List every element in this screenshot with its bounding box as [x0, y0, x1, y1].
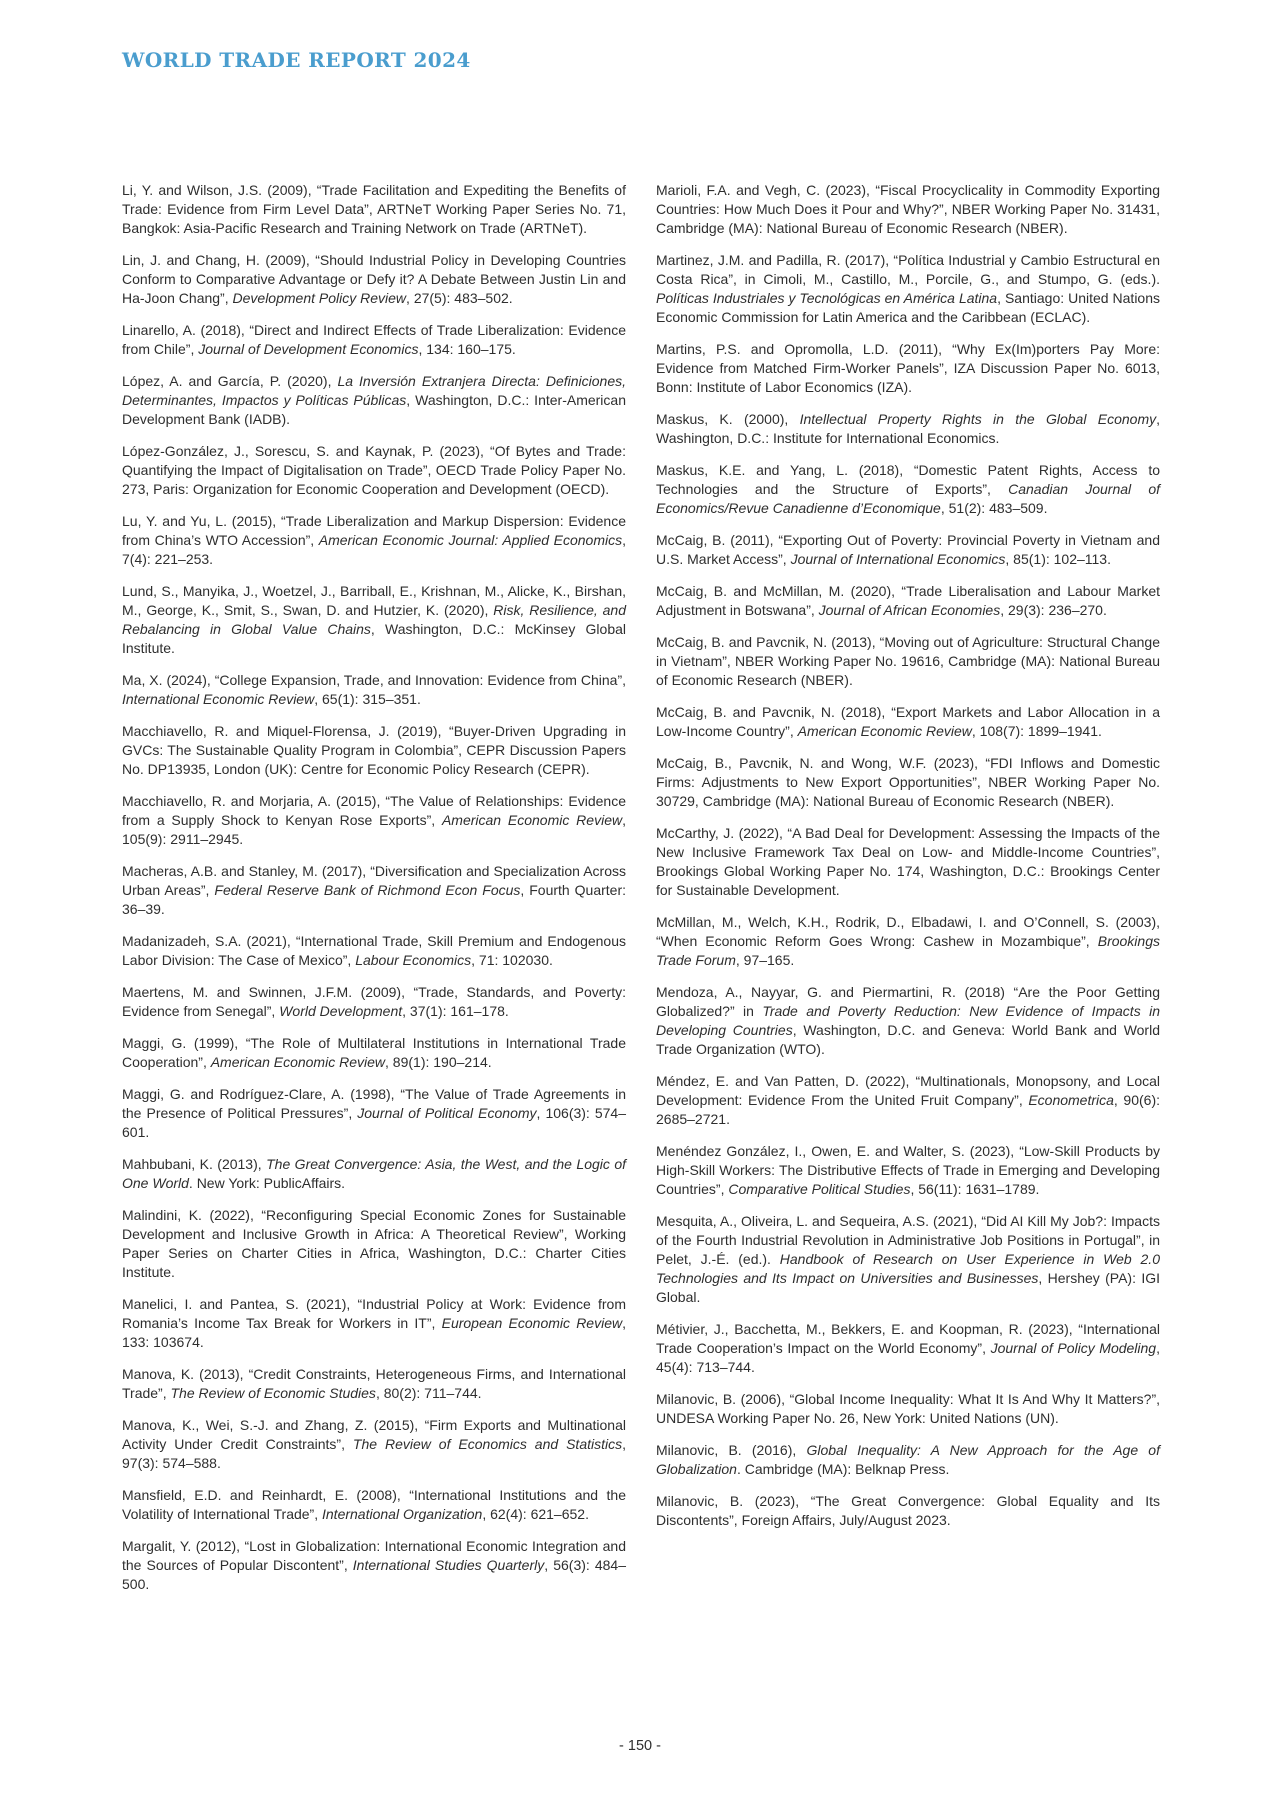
reference-text-segment: López, A. and García, P. (2020),	[122, 373, 337, 389]
reference-entry: Mahbubani, K. (2013), The Great Converge…	[122, 1155, 626, 1193]
reference-text-segment: , 80(2): 711–744.	[376, 1385, 482, 1401]
reference-italic-segment: Federal Reserve Bank of Richmond Econ Fo…	[214, 882, 520, 898]
reference-italic-segment: Intellectual Property Rights in the Glob…	[800, 411, 1157, 427]
page-footer: - 150 -	[0, 1738, 1280, 1754]
reference-text-segment: , 134: 160–175.	[418, 341, 515, 357]
reference-entry: Lin, J. and Chang, H. (2009), “Should In…	[122, 251, 626, 308]
reference-italic-segment: World Development	[279, 1003, 402, 1019]
reference-entry: Linarello, A. (2018), “Direct and Indire…	[122, 321, 626, 359]
reference-entry: Ma, X. (2024), “College Expansion, Trade…	[122, 671, 626, 709]
reference-text-segment: , 29(3): 236–270.	[1000, 602, 1107, 618]
document-page: WORLD TRADE REPORT 2024 Li, Y. and Wilso…	[0, 0, 1280, 1809]
reference-entry: Méndez, E. and Van Patten, D. (2022), “M…	[656, 1072, 1160, 1129]
reference-entry: Milanovic, B. (2016), Global Inequality:…	[656, 1441, 1160, 1479]
reference-text-segment: McMillan, M., Welch, K.H., Rodrik, D., E…	[656, 914, 1160, 949]
reference-text-segment: . Cambridge (MA): Belknap Press.	[737, 1461, 949, 1477]
reference-italic-segment: Econometrica	[1028, 1092, 1114, 1108]
reference-entry: Maggi, G. (1999), “The Role of Multilate…	[122, 1034, 626, 1072]
reference-entry: Métivier, J., Bacchetta, M., Bekkers, E.…	[656, 1320, 1160, 1377]
reference-italic-segment: The Review of Economics and Statistics	[353, 1436, 622, 1452]
reference-entry: Li, Y. and Wilson, J.S. (2009), “Trade F…	[122, 181, 626, 238]
reference-text-segment: Macchiavello, R. and Miquel-Florensa, J.…	[122, 723, 626, 777]
reference-entry: Marioli, F.A. and Vegh, C. (2023), “Fisc…	[656, 181, 1160, 238]
reference-entry: Macchiavello, R. and Morjaria, A. (2015)…	[122, 792, 626, 849]
reference-entry: Martinez, J.M. and Padilla, R. (2017), “…	[656, 251, 1160, 327]
reference-text-segment: McCaig, B. and Pavcnik, N. (2013), “Movi…	[656, 634, 1160, 688]
reference-italic-segment: Journal of African Economies	[819, 602, 1001, 618]
reference-entry: McMillan, M., Welch, K.H., Rodrik, D., E…	[656, 913, 1160, 970]
reference-entry: Mendoza, A., Nayyar, G. and Piermartini,…	[656, 983, 1160, 1059]
reference-text-segment: , 97–165.	[736, 952, 794, 968]
references-section: Li, Y. and Wilson, J.S. (2009), “Trade F…	[122, 181, 1160, 1607]
reference-text-segment: Ma, X. (2024), “College Expansion, Trade…	[122, 672, 626, 688]
reference-entry: López-González, J., Sorescu, S. and Kayn…	[122, 442, 626, 499]
reference-entry: Macheras, A.B. and Stanley, M. (2017), “…	[122, 862, 626, 919]
reference-entry: Martins, P.S. and Opromolla, L.D. (2011)…	[656, 340, 1160, 397]
references-column-left: Li, Y. and Wilson, J.S. (2009), “Trade F…	[122, 181, 626, 1607]
reference-text-segment: , 62(4): 621–652.	[482, 1506, 589, 1522]
reference-entry: McCaig, B. and Pavcnik, N. (2013), “Movi…	[656, 633, 1160, 690]
running-header: WORLD TRADE REPORT 2024	[122, 48, 471, 72]
reference-entry: McCarthy, J. (2022), “A Bad Deal for Dev…	[656, 824, 1160, 900]
reference-entry: Manelici, I. and Pantea, S. (2021), “Ind…	[122, 1295, 626, 1352]
reference-text-segment: Li, Y. and Wilson, J.S. (2009), “Trade F…	[122, 182, 626, 236]
reference-text-segment: Milanovic, B. (2006), “Global Income Ine…	[656, 1391, 1160, 1426]
reference-entry: McCaig, B. and Pavcnik, N. (2018), “Expo…	[656, 703, 1160, 741]
reference-entry: Manova, K. (2013), “Credit Constraints, …	[122, 1365, 626, 1403]
reference-text-segment: , 89(1): 190–214.	[385, 1054, 492, 1070]
reference-entry: Madanizadeh, S.A. (2021), “International…	[122, 932, 626, 970]
reference-text-segment: , 85(1): 102–113.	[1005, 551, 1111, 567]
reference-italic-segment: International Economic Review	[122, 691, 314, 707]
report-title: WORLD TRADE REPORT 2024	[122, 48, 471, 72]
reference-italic-segment: Comparative Political Studies	[728, 1181, 910, 1197]
reference-entry: Menéndez González, I., Owen, E. and Walt…	[656, 1142, 1160, 1199]
reference-italic-segment: Journal of Development Economics	[198, 341, 418, 357]
reference-text-segment: Marioli, F.A. and Vegh, C. (2023), “Fisc…	[656, 182, 1160, 236]
reference-entry: Maskus, K.E. and Yang, L. (2018), “Domes…	[656, 461, 1160, 518]
reference-text-segment: López-González, J., Sorescu, S. and Kayn…	[122, 443, 626, 497]
reference-entry: Maskus, K. (2000), Intellectual Property…	[656, 410, 1160, 448]
references-column-right: Marioli, F.A. and Vegh, C. (2023), “Fisc…	[656, 181, 1160, 1607]
reference-entry: López, A. and García, P. (2020), La Inve…	[122, 372, 626, 429]
reference-text-segment: , 65(1): 315–351.	[314, 691, 421, 707]
reference-entry: Margalit, Y. (2012), “Lost in Globalizat…	[122, 1537, 626, 1594]
reference-italic-segment: Development Policy Review	[233, 290, 407, 306]
reference-italic-segment: American Economic Review	[798, 723, 972, 739]
page-number: - 150 -	[619, 1738, 661, 1754]
reference-text-segment: , 37(1): 161–178.	[402, 1003, 509, 1019]
reference-italic-segment: American Economic Review	[442, 812, 622, 828]
reference-text-segment: Maskus, K. (2000),	[656, 411, 800, 427]
reference-italic-segment: American Economic Review	[211, 1054, 385, 1070]
reference-entry: Mansfield, E.D. and Reinhardt, E. (2008)…	[122, 1486, 626, 1524]
reference-text-segment: Mahbubani, K. (2013),	[122, 1156, 266, 1172]
reference-text-segment: , 108(7): 1899–1941.	[972, 723, 1102, 739]
reference-text-segment: , 56(11): 1631–1789.	[910, 1181, 1039, 1197]
reference-text-segment: Martins, P.S. and Opromolla, L.D. (2011)…	[656, 341, 1160, 395]
reference-italic-segment: International Organization	[322, 1506, 482, 1522]
reference-italic-segment: American Economic Journal: Applied Econo…	[319, 532, 622, 548]
reference-text-segment: , 51(2): 483–509.	[941, 500, 1048, 516]
reference-entry: Maertens, M. and Swinnen, J.F.M. (2009),…	[122, 983, 626, 1021]
reference-italic-segment: The Review of Economic Studies	[171, 1385, 376, 1401]
reference-text-segment: McCarthy, J. (2022), “A Bad Deal for Dev…	[656, 825, 1160, 898]
reference-text-segment: Milanovic, B. (2023), “The Great Converg…	[656, 1493, 1160, 1528]
reference-entry: McCaig, B., Pavcnik, N. and Wong, W.F. (…	[656, 754, 1160, 811]
reference-entry: Lu, Y. and Yu, L. (2015), “Trade Liberal…	[122, 512, 626, 569]
reference-entry: Manova, K., Wei, S.-J. and Zhang, Z. (20…	[122, 1416, 626, 1473]
reference-text-segment: Malindini, K. (2022), “Reconfiguring Spe…	[122, 1207, 626, 1280]
reference-italic-segment: Políticas Industriales y Tecnológicas en…	[656, 290, 997, 306]
reference-text-segment: , 27(5): 483–502.	[406, 290, 513, 306]
reference-italic-segment: International Studies Quarterly	[353, 1557, 544, 1573]
reference-italic-segment: Journal of Political Economy	[357, 1105, 536, 1121]
reference-entry: Mesquita, A., Oliveira, L. and Sequeira,…	[656, 1212, 1160, 1307]
reference-italic-segment: European Economic Review	[442, 1315, 623, 1331]
reference-entry: Milanovic, B. (2006), “Global Income Ine…	[656, 1390, 1160, 1428]
reference-entry: Malindini, K. (2022), “Reconfiguring Spe…	[122, 1206, 626, 1282]
reference-entry: McCaig, B. (2011), “Exporting Out of Pov…	[656, 531, 1160, 569]
reference-text-segment: McCaig, B., Pavcnik, N. and Wong, W.F. (…	[656, 755, 1160, 809]
reference-text-segment: . New York: PublicAffairs.	[189, 1175, 345, 1191]
reference-entry: Maggi, G. and Rodríguez-Clare, A. (1998)…	[122, 1085, 626, 1142]
reference-entry: Milanovic, B. (2023), “The Great Converg…	[656, 1492, 1160, 1530]
reference-entry: Macchiavello, R. and Miquel-Florensa, J.…	[122, 722, 626, 779]
reference-entry: McCaig, B. and McMillan, M. (2020), “Tra…	[656, 582, 1160, 620]
reference-entry: Lund, S., Manyika, J., Woetzel, J., Barr…	[122, 582, 626, 658]
reference-italic-segment: Journal of Policy Modeling	[991, 1340, 1157, 1356]
reference-text-segment: Milanovic, B. (2016),	[656, 1442, 806, 1458]
reference-italic-segment: Labour Economics	[355, 952, 471, 968]
reference-text-segment: Martinez, J.M. and Padilla, R. (2017), “…	[656, 252, 1160, 287]
reference-italic-segment: Journal of International Economics	[791, 551, 1006, 567]
reference-text-segment: , 71: 102030.	[471, 952, 553, 968]
